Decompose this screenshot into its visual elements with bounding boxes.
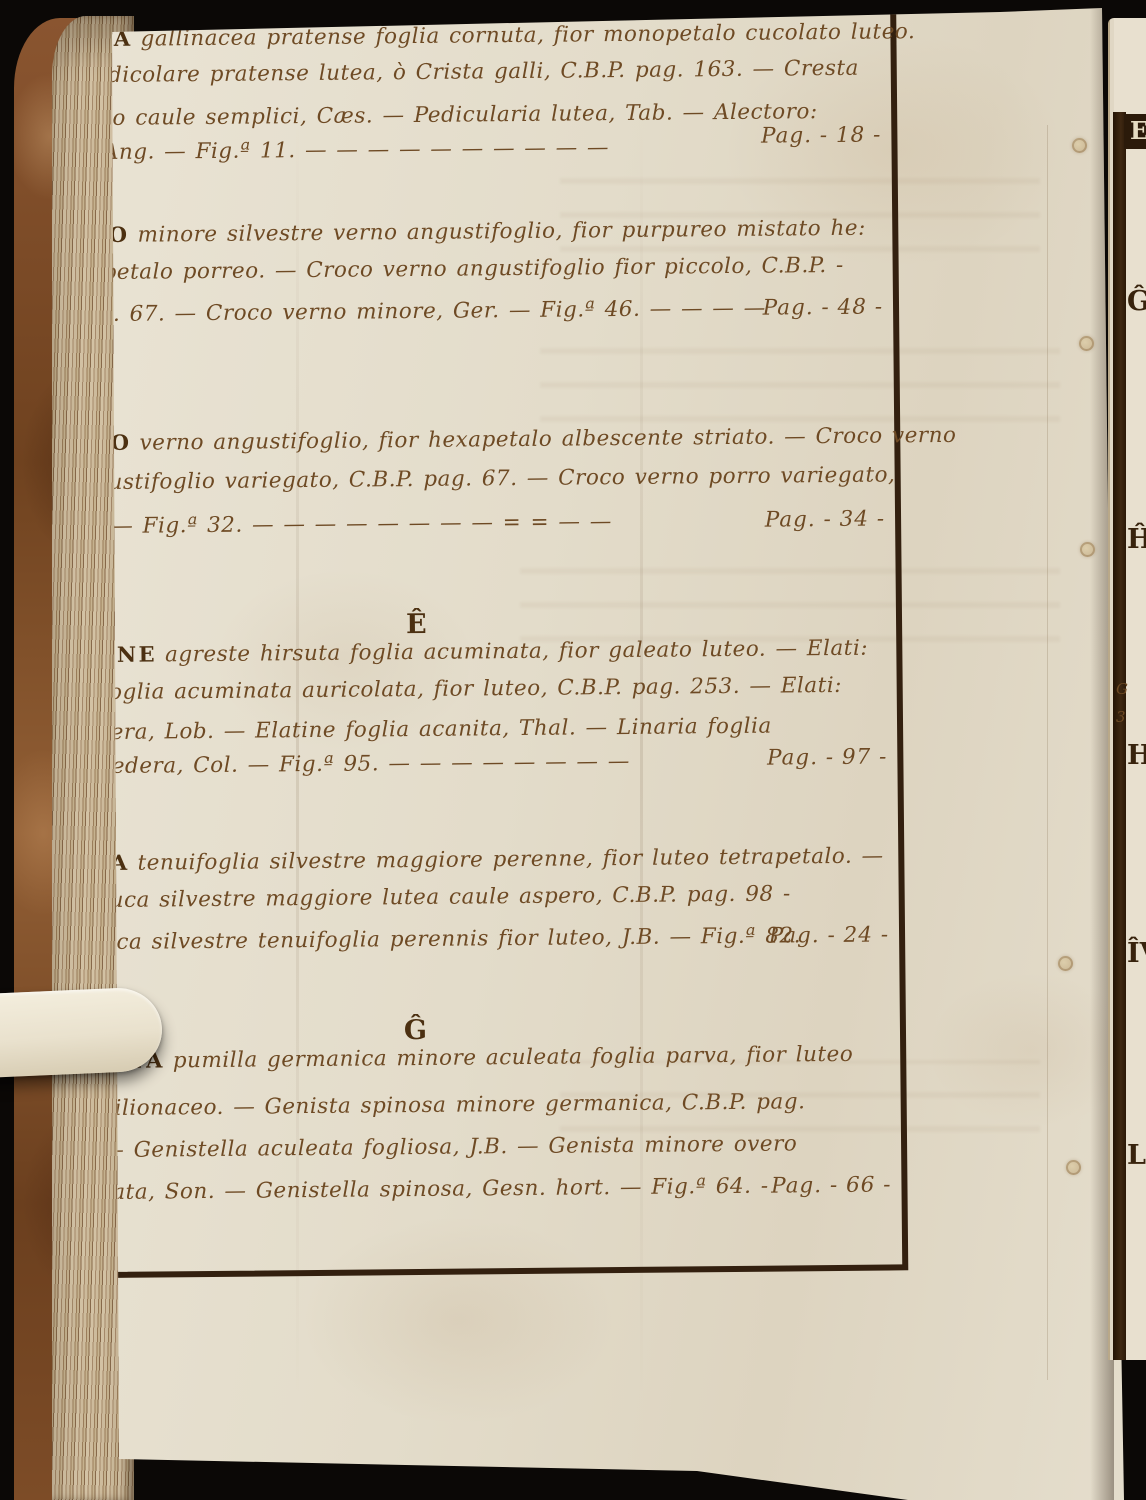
next-page-small-mark: 3 [1116,708,1126,726]
entry-text: di gallo caule semplici, Cæs. — Pedicula… [39,99,818,131]
entry-text: minore silvestre verno angustifoglio, fi… [137,216,866,248]
wormhole [1080,542,1095,557]
ruled-border: 31 CRÎSTAgallinacea pratense foglia corn… [0,0,908,1279]
wormhole [1066,1160,1081,1175]
bone-folder [0,986,164,1078]
entry-text: Eÿst. — Fig.ª 32. — — — — — — — — = = — … [45,509,612,539]
entry-text: xapetalo porreo. — Croco verno angustifo… [77,253,844,285]
next-page-initial: HE [1127,740,1146,771]
page-reference: Pag. - 18 - [761,123,882,149]
next-page-edge: E Ĝ Ĥ HE ÎV L G 3 [1108,18,1146,1360]
catalog-entry-35: 35 ERVCAtenuifoglia silvestre maggiore p… [10,834,898,843]
wormhole [1058,956,1073,971]
margin-guide-line [1047,125,1048,1380]
entry-text: Eruca silvestre tenuifoglia perennis fio… [75,923,801,955]
entry-text: lofo, Ang. — Fig.ª 11. — — — — — — — — —… [43,135,609,165]
entry-text: pag. 67. — Croco verno minore, Ger. — Fi… [71,296,766,328]
wormhole [1079,336,1094,351]
catalog-entry-33: 33 CROCOverno angustifoglio, fior hexape… [6,414,894,423]
next-page-small-mark: G [1116,680,1128,698]
page-reference: Pag. - 48 - [763,295,884,321]
entry-text: 395. — Genistella aculeata fogliosa, J.B… [43,1131,797,1163]
next-page-initial: Ĥ [1127,524,1146,555]
entry-text: pumilla germanica minore aculeata foglia… [173,1042,854,1074]
entry-text: aculeata, Son. — Genistella spinosa, Ges… [51,1174,768,1206]
entry-text: gallinacea pratense foglia cornuta, fior… [140,19,915,51]
manuscript-page: 31 CRÎSTAgallinacea pratense foglia corn… [0,0,1146,1500]
next-page-initial: ÎV [1127,938,1146,969]
entry-text: ne foglia acuminata auricolata, fior lut… [64,673,842,705]
entry-text: Eruca silvestre maggiore lutea caule asp… [83,881,791,913]
next-page-initial: L [1127,1140,1146,1171]
next-page-initial: E [1124,114,1146,149]
catalog-entry-34: 34 Ê ELATÎNEagreste hirsuta foglia acumi… [8,626,896,635]
catalog-entry-32: 32 CROCOminore silvestre verno angustifo… [4,206,892,215]
entry-text: papilionaceo. — Genista spinosa minore g… [73,1089,806,1121]
page-reference: Pag. - 34 - [765,506,886,532]
page-reference: Pag. - 97 - [767,744,888,770]
entry-text: angustifoglio variegato, C.B.P. pag. 67.… [67,462,896,495]
page-reference: Pag. - 24 - [769,922,890,948]
entry-text: ne vera, Lob. — Elatine foglia acanita, … [61,714,772,746]
entry-text: verno angustifoglio, fior hexapetalo alb… [139,423,956,456]
next-page-initial: Ĝ [1127,286,1146,317]
entry-text: tenuifoglia silvestre maggiore perenne, … [137,844,883,876]
next-page-frame-border [1113,112,1126,1360]
catalog-entry-31: 31 CRÎSTAgallinacea pratense foglia corn… [2,10,890,19]
page-reference: Pag. - 66 - [771,1172,892,1198]
entry-text: agreste hirsuta foglia acuminata, fior g… [165,636,868,668]
wormhole [1072,138,1087,153]
entry-text: d' hedera, Col. — Fig.ª 95. — — — — — — … [67,749,630,779]
